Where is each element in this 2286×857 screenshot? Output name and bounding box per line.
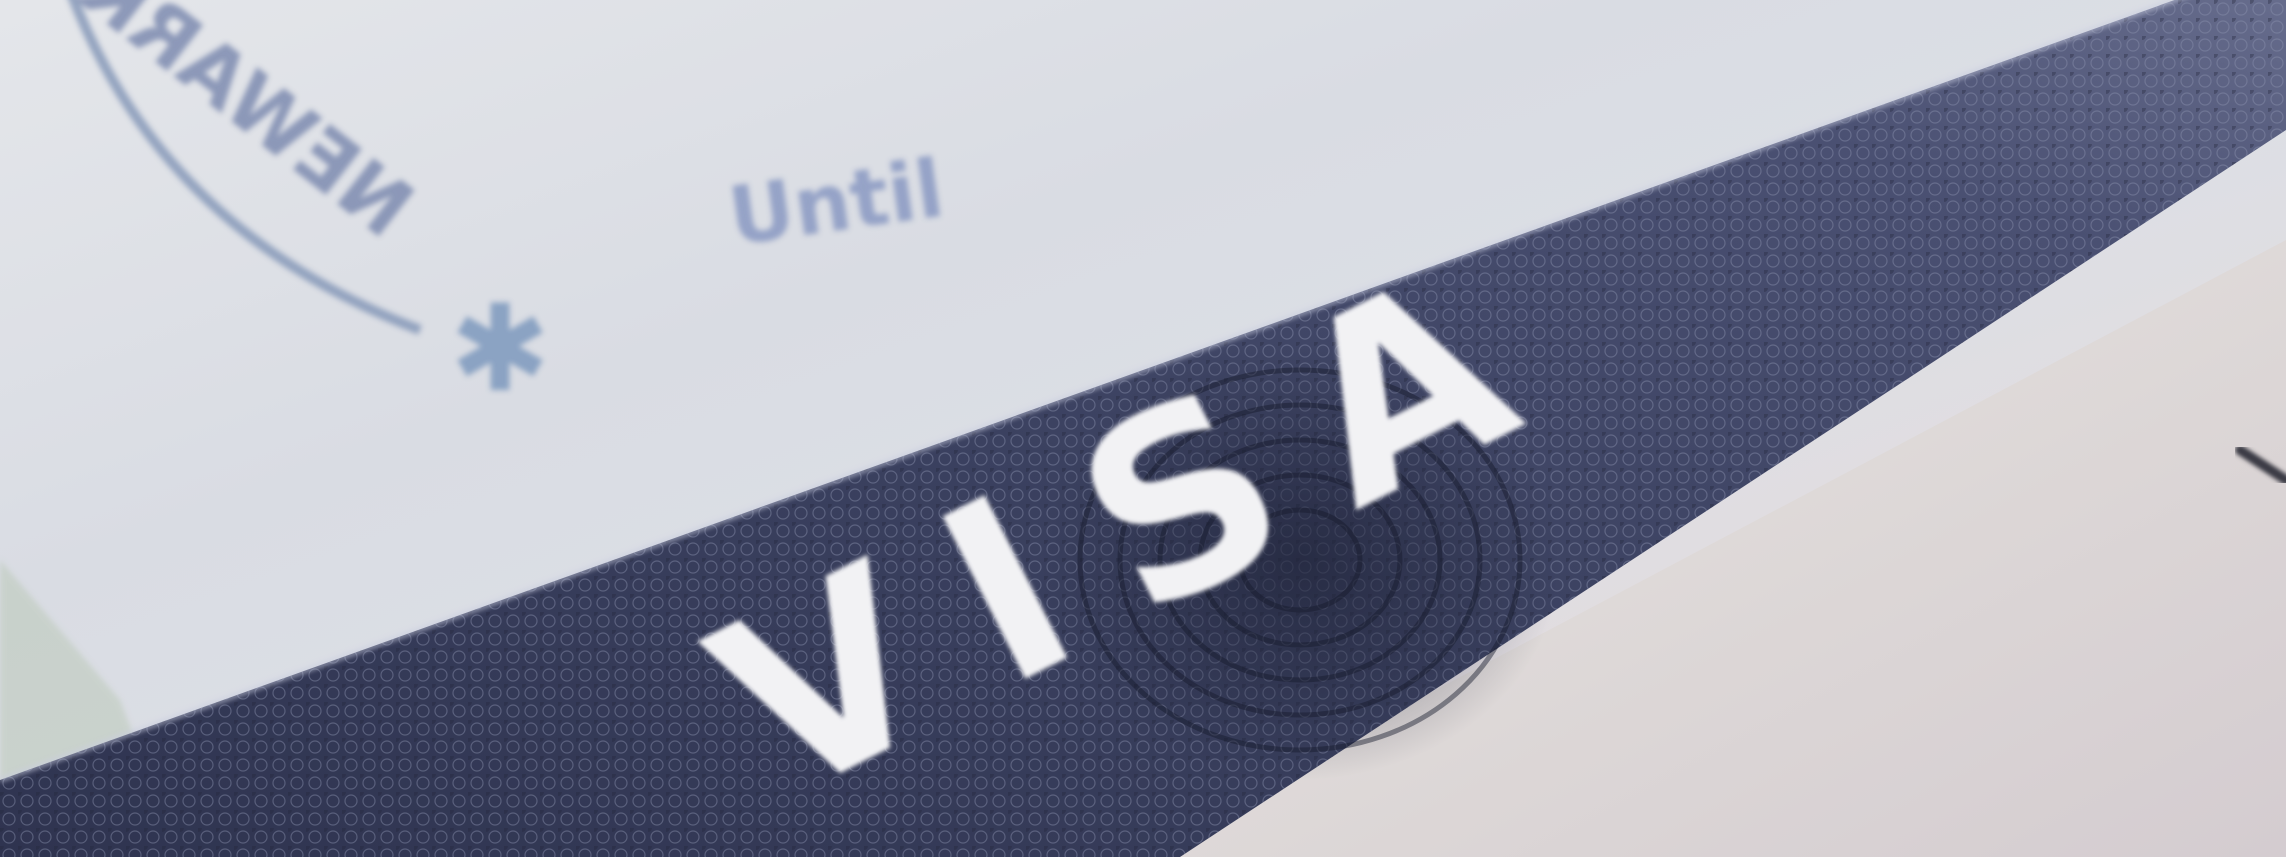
svg-text:NEWARK: NEWARK xyxy=(62,0,430,256)
svg-text:Until: Until xyxy=(723,142,949,264)
entry-stamp: NEWARK ✱ Until xyxy=(62,0,950,419)
photo-canvas: VISA NEWARK ✱ Until xyxy=(0,0,2286,857)
svg-text:✱: ✱ xyxy=(450,280,551,419)
visa-photo: VISA NEWARK ✱ Until VISA NEWARK Until xyxy=(0,0,2286,857)
